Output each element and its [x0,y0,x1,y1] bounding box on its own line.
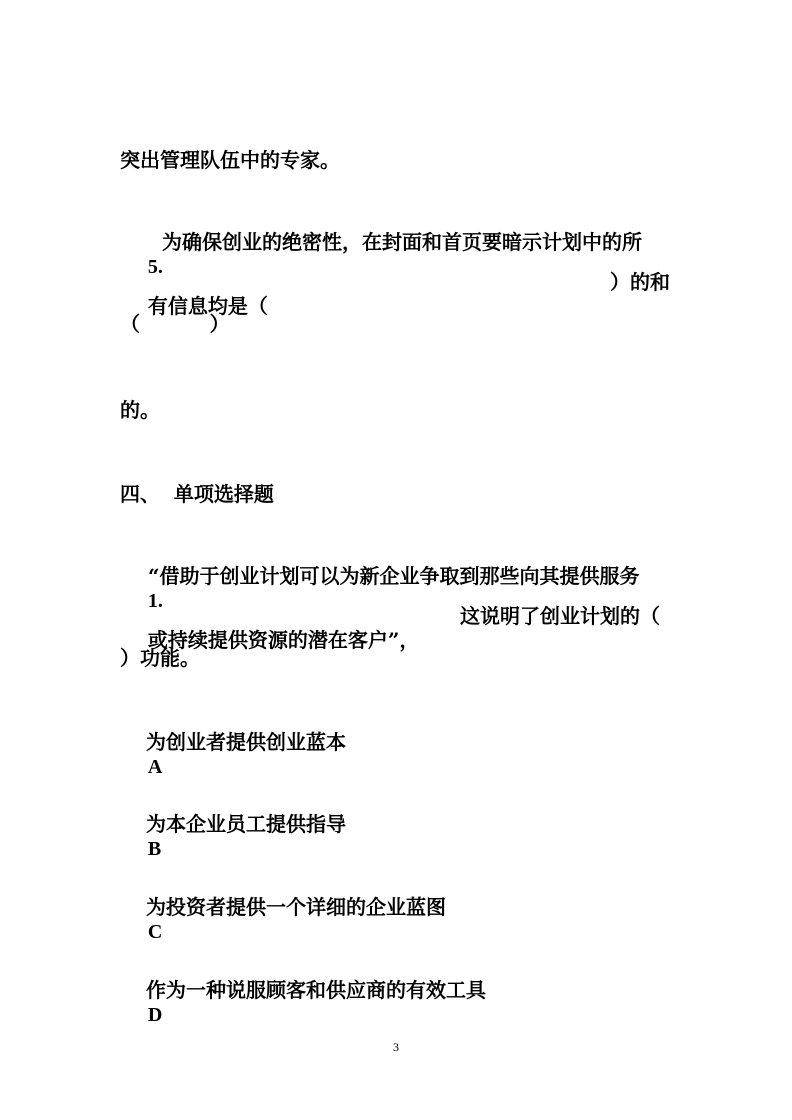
question-1-line-2: 或持续提供资源的潜在客户”， 这说明了创业计划的（ [120,604,672,700]
option-text: 为投资者提供一个详细的企业蓝图 [146,895,446,919]
answer-blank: （ ） [120,312,230,336]
section-heading: 四、 单项选择题 [120,482,274,506]
option-letter: C [148,921,162,943]
option-text: 为本企业员工提供指导 [146,812,346,836]
option-letter: A [148,756,162,778]
text-line: 的。 [120,398,160,422]
question-text: 为确保创业的绝密性，在封面和首页要暗示计划中的所 [162,230,642,254]
option-letter: D [148,1004,162,1026]
question-text: ）功能。 [120,646,200,670]
option-d: D 作为一种说服顾客和供应商的有效工具 [120,978,162,1075]
option-text: 作为一种说服顾客和供应商的有效工具 [146,978,486,1002]
text-line: 突出管理队伍中的专家。 [120,148,340,172]
question-text: “借助于创业计划可以为新企业争取到那些向其提供服务 [148,564,640,588]
option-text: 为创业者提供创业蓝本 [146,730,346,754]
question-text: ）的和 [610,270,670,294]
option-letter: B [148,838,161,860]
question-text: 这说明了创业计划的（ [460,604,660,628]
page-number: 3 [0,1040,792,1055]
